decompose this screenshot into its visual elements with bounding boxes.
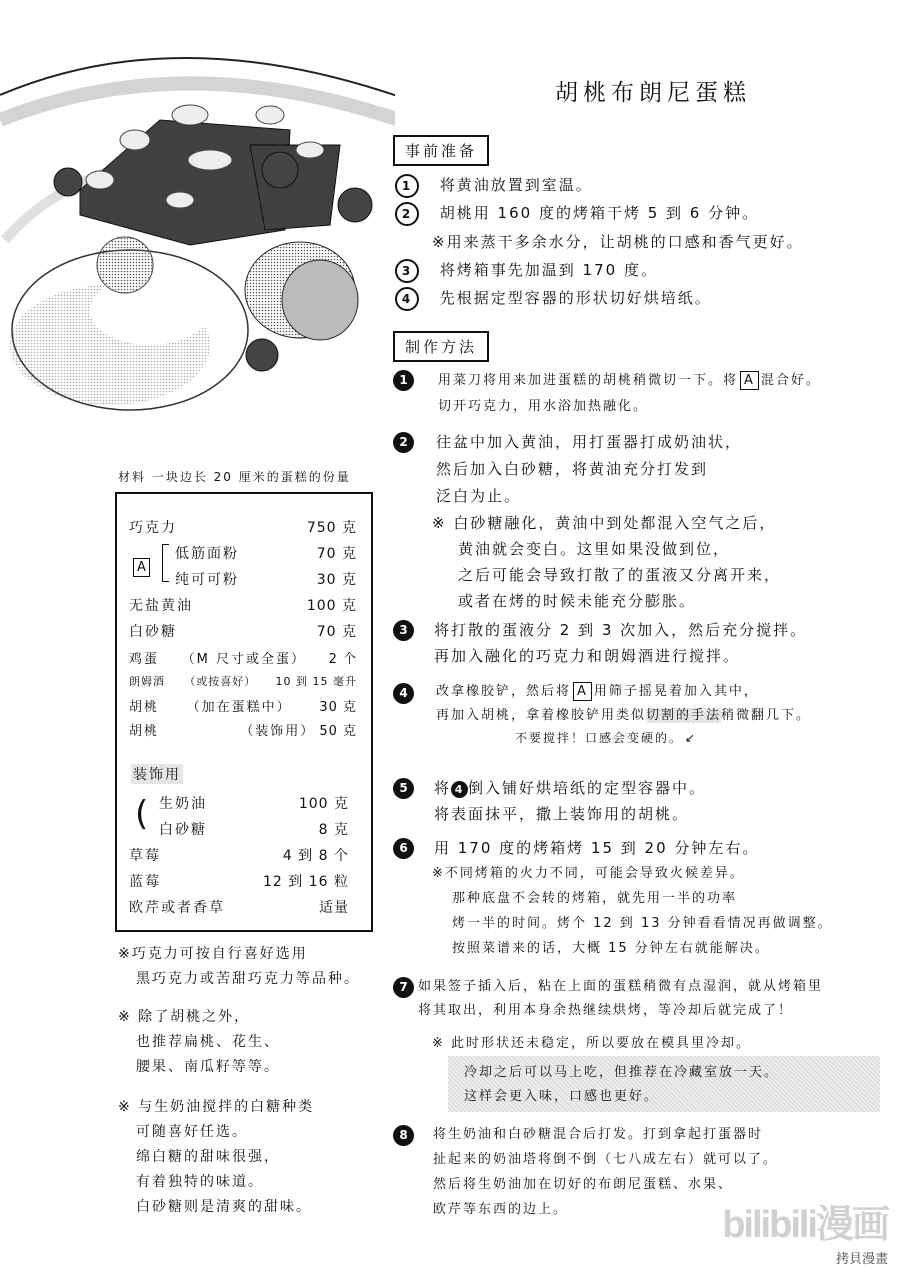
method-heading: 制作方法 [393, 331, 489, 362]
note-line: 绵白糖的甜味很强， [118, 1145, 314, 1170]
ingredient-qty: 12 到 16 粒 [263, 871, 349, 891]
circled-number-2: 2 [395, 202, 419, 226]
step-number-6: 6 [393, 838, 414, 859]
step-text: 稍微翻几下。 [721, 708, 811, 723]
ingredient-name: 白砂糖 [129, 621, 177, 641]
ingredient-qty: 30 克 [319, 696, 357, 715]
decor-heading: 装饰用 [131, 764, 183, 784]
step-number-7: 7 [393, 977, 414, 998]
note-sugar: ※ 与生奶油搅拌的白糖种类 可随喜好任选。 绵白糖的甜味很强， 有着独特的味道。… [118, 1095, 314, 1220]
step-text: 再加入胡桃，拿着橡胶铲用类似 [436, 708, 646, 723]
step-text: 将 [434, 779, 451, 797]
ingredient-name: 低筋面粉 [175, 543, 239, 563]
tip-line-2: 这样会更入味，口感也更好。 [464, 1083, 659, 1110]
brownie-plate-illustration [0, 0, 395, 470]
circled-number-1: 1 [395, 174, 419, 198]
step-3-line-1: 将打散的蛋液分 2 到 3 次加入，然后充分搅拌。 [434, 616, 807, 644]
decor-bracket: ( [135, 794, 148, 834]
ingredient-detail: （装饰用） [240, 720, 315, 739]
ingredient-row: 朗姆酒（或按喜好）10 到 15 毫升 [129, 668, 357, 694]
step-3-line-2: 再加入融化的巧克力和朗姆酒进行搅拌。 [434, 642, 740, 670]
recipe-title: 胡桃布朗尼蛋糕 [555, 74, 751, 107]
step-2-note-3: 之后可能会导致打散了的蛋液又分离开来， [458, 561, 781, 589]
aside-text: 不要搅拌！口感会变硬的。 [515, 731, 683, 745]
step-text: 倒入铺好烘培纸的定型容器中。 [468, 779, 706, 797]
prep-item-text: 将黄油放置到室温。 [440, 176, 593, 194]
ingredient-qty: 4 到 8 个 [283, 845, 349, 865]
ingredient-name: 蓝莓 [129, 871, 161, 891]
prep-item-2-note: ※用来蒸干多余水分，让胡桃的口感和香气更好。 [432, 228, 804, 256]
note-line: 也推荐扁桃、花生、 [118, 1030, 280, 1055]
decor-row: 白砂糖8 克 [159, 816, 349, 842]
step-number-2: 2 [393, 432, 414, 453]
ingredient-name: 无盐黄油 [129, 595, 193, 615]
ingredient-name: 胡桃 [129, 720, 159, 739]
ingredient-qty: 100 克 [307, 595, 357, 615]
ingredient-qty: 8 克 [319, 819, 349, 839]
highlighted-text: 切割的手法 [646, 708, 721, 723]
step-8-line-4: 欧芹等东西的边上。 [433, 1196, 568, 1223]
ingredient-name: 朗姆酒 [129, 673, 165, 689]
ingredient-row: 无盐黄油100 克 [129, 592, 357, 618]
note-chocolate: ※巧克力可按自行喜好选用 黑巧克力或苦甜巧克力等品种。 [118, 942, 360, 992]
step-number-4: 4 [393, 683, 414, 704]
note-line: ※ 除了胡桃之外， [118, 1005, 280, 1030]
step-number-8: 8 [393, 1125, 414, 1146]
step-number-1: 1 [393, 370, 414, 391]
decor-row: 草莓4 到 8 个 [129, 842, 349, 868]
note-line: 黑巧克力或苦甜巧克力等品种。 [118, 967, 360, 992]
step-2-line-1: 往盆中加入黄油，用打蛋器打成奶油状， [436, 428, 742, 456]
ingredient-group-a-tag: A [133, 558, 150, 577]
ingredient-name: 纯可可粉 [175, 569, 239, 589]
ingredient-name: 鸡蛋 [129, 648, 159, 667]
ingredient-group-a-tag: A [740, 371, 759, 390]
decor-row: 生奶油100 克 [159, 790, 349, 816]
step-text: 改拿橡胶铲，然后将 [436, 684, 571, 699]
step-1-line-1: 用菜刀将用来加进蛋糕的胡桃稍微切一下。将A混合好。 [438, 367, 821, 394]
step-5-line-2: 将表面抹平，撒上装饰用的胡桃。 [434, 800, 689, 828]
ingredient-row: 胡桃（加在蛋糕中）30 克 [129, 692, 357, 718]
ingredient-name: 白砂糖 [159, 819, 207, 839]
step-6-note-2: 那种底盘不会转的烤箱，就先用一半的功率 [452, 885, 737, 912]
step-text: 用筛子摇晃着加入其中， [594, 684, 759, 699]
step-5-line-1: 将4倒入铺好烘培纸的定型容器中。 [434, 774, 706, 802]
step-6-note-3: 烤一半的时间。烤个 12 到 13 分钟看看情况再做调整。 [452, 910, 833, 937]
note-line: 白砂糖则是清爽的甜味。 [118, 1195, 314, 1220]
step-number-5: 5 [393, 778, 414, 799]
step-7-note: ※ 此时形状还未稳定，所以要放在模具里冷却。 [432, 1030, 751, 1057]
prep-item-text: 胡桃用 160 度的烤箱干烤 5 到 6 分钟。 [440, 204, 759, 222]
prep-heading: 事前准备 [393, 135, 489, 166]
prep-item-text: 先根据定型容器的形状切好烘培纸。 [440, 289, 712, 307]
note-line: 可随喜好任选。 [118, 1120, 314, 1145]
step-8-line-3: 然后将生奶油加在切好的布朗尼蛋糕、水果、 [433, 1171, 733, 1198]
step-2-line-2: 然后加入白砂糖，将黄油充分打发到 [436, 455, 708, 483]
step-2-note-1: ※ 白砂糖融化，黄油中到处都混入空气之后， [432, 509, 776, 537]
ingredient-row: 胡桃（装饰用）50 克 [129, 716, 357, 742]
decor-row: 蓝莓12 到 16 粒 [129, 868, 349, 894]
circled-number-4: 4 [395, 287, 419, 311]
prep-item-3: 3 将烤箱事先加温到 170 度。 [395, 256, 658, 284]
tip-box: 冷却之后可以马上吃，但推荐在冷藏室放一天。 这样会更入味，口感也更好。 [448, 1056, 880, 1112]
prep-item-2: 2 胡桃用 160 度的烤箱干烤 5 到 6 分钟。 [395, 199, 759, 227]
ingredient-name: 草莓 [129, 845, 161, 865]
watermark-credit: 拷貝漫畫 [722, 1248, 888, 1267]
prep-item-4: 4 先根据定型容器的形状切好烘培纸。 [395, 284, 712, 312]
circled-number-3: 3 [395, 259, 419, 283]
step-6-note-4: 按照菜谱来的话，大概 15 分钟左右就能解决。 [452, 935, 770, 962]
ingredient-name: 胡桃 [129, 696, 159, 715]
step-2-line-3: 泛白为止。 [436, 482, 521, 510]
step-6-note-1: ※不同烤箱的火力不同，可能会导致火候差异。 [432, 860, 745, 887]
ingredient-qty: 50 克 [319, 720, 357, 739]
ingredient-qty: 750 克 [307, 517, 357, 537]
note-nuts: ※ 除了胡桃之外， 也推荐扁桃、花生、 腰果、南瓜籽等等。 [118, 1005, 280, 1080]
note-line: 有着独特的味道。 [118, 1170, 314, 1195]
ingredient-detail: （或按喜好） [184, 673, 256, 689]
tip-line-1: 冷却之后可以马上吃，但推荐在冷藏室放一天。 [464, 1059, 779, 1086]
step-2-note-2: 黄油就会变白。这里如果没做到位， [458, 535, 730, 563]
ingredient-qty: 70 克 [317, 621, 357, 641]
ingredient-row: 白砂糖70 克 [129, 618, 357, 644]
ingredient-qty: 适量 [319, 897, 349, 917]
step-1-line-2: 切开巧克力，用水浴加热融化。 [438, 393, 648, 420]
step-7-line-2: 将其取出，利用本身余热继续烘烤，等冷却后就完成了！ [418, 997, 793, 1024]
step-4-aside: 不要搅拌！口感会变硬的。↙ [515, 725, 697, 752]
bilibili-logo: bilibili漫画 [722, 1193, 888, 1248]
ingredient-name: 巧克力 [129, 517, 177, 537]
prep-item-1: 1 将黄油放置到室温。 [395, 171, 593, 199]
watermark: bilibili漫画 拷貝漫畫 [722, 1193, 888, 1267]
note-line: ※巧克力可按自行喜好选用 [118, 942, 360, 967]
ingredient-detail: （M 尺寸或全蛋） [182, 648, 306, 667]
ingredient-detail: （加在蛋糕中） [187, 696, 292, 715]
ingredient-qty: 70 克 [317, 543, 357, 563]
step-2-note-4: 或者在烤的时候未能充分膨胀。 [458, 587, 696, 615]
ingredients-box: 巧克力750 克 A 低筋面粉70 克 纯可可粉30 克 无盐黄油100 克 白… [115, 492, 373, 932]
ingredients-caption: 材料 一块边长 20 厘米的蛋糕的份量 [118, 468, 351, 485]
ingredient-row: 纯可可粉30 克 [175, 566, 357, 592]
step-8-line-2: 扯起来的奶油塔将倒不倒（七八成左右）就可以了。 [433, 1146, 778, 1173]
ingredient-name: 生奶油 [159, 793, 207, 813]
note-line: 腰果、南瓜籽等等。 [118, 1055, 280, 1080]
step-text: 用菜刀将用来加进蛋糕的胡桃稍微切一下。将 [438, 373, 738, 388]
step-6-line-1: 用 170 度的烤箱烤 15 到 20 分钟左右。 [434, 834, 759, 862]
ingredient-qty: 30 克 [317, 569, 357, 589]
ingredient-qty: 10 到 15 毫升 [276, 673, 357, 689]
ingredient-row: 巧克力750 克 [129, 514, 357, 540]
ingredient-qty: 100 克 [299, 793, 349, 813]
step-ref-4: 4 [451, 781, 468, 798]
ingredient-row: 鸡蛋（M 尺寸或全蛋）2 个 [129, 644, 357, 670]
decor-row: 欧芹或者香草适量 [129, 894, 349, 920]
note-line: ※ 与生奶油搅拌的白糖种类 [118, 1095, 314, 1120]
step-8-line-1: 将生奶油和白砂糖混合后打发。打到拿起打蛋器时 [433, 1121, 763, 1148]
ingredient-row: 低筋面粉70 克 [175, 540, 357, 566]
curved-arrow-icon: ↙ [685, 731, 697, 745]
ingredient-qty: 2 个 [329, 648, 357, 667]
prep-item-text: 将烤箱事先加温到 170 度。 [440, 261, 658, 279]
step-text: 混合好。 [761, 373, 821, 388]
step-4-line-1: 改拿橡胶铲，然后将A用筛子摇晃着加入其中， [436, 678, 759, 705]
group-bracket [162, 544, 169, 582]
ingredient-name: 欧芹或者香草 [129, 897, 225, 917]
step-7-line-1: 如果签子插入后，粘在上面的蛋糕稍微有点湿润，就从烤箱里 [418, 973, 823, 1000]
ingredient-group-a-tag: A [573, 682, 592, 701]
step-number-3: 3 [393, 620, 414, 641]
